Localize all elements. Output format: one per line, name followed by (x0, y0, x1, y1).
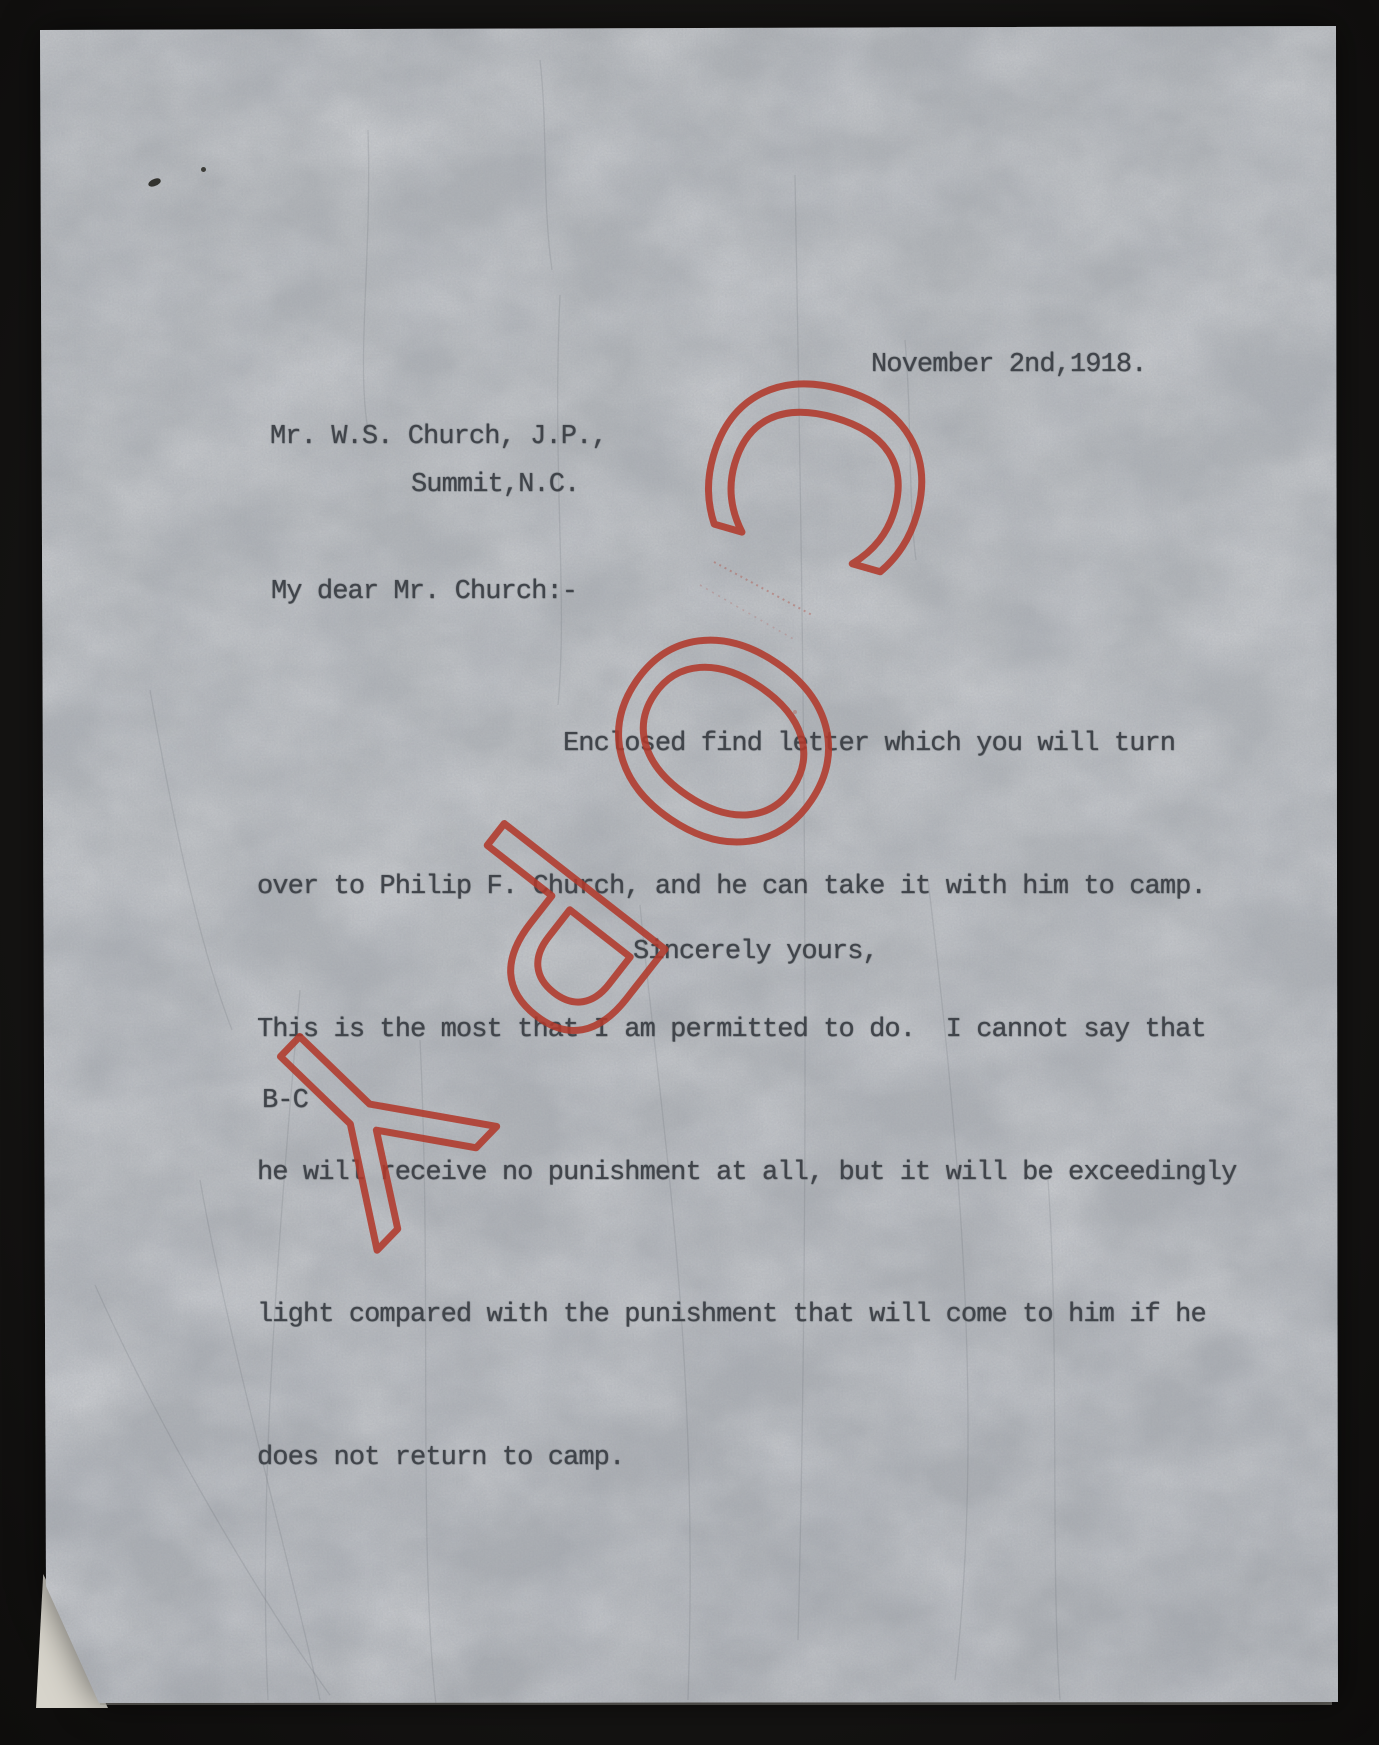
body-line: light compared with the punishment that … (257, 1292, 1236, 1340)
salutation: My dear Mr. Church:- (271, 577, 577, 607)
body-line: Enclosed find letter which you will turn (257, 721, 1236, 769)
body-line: over to Philip F. Church, and he can tak… (257, 864, 1236, 912)
scanned-letter-page: November 2nd,1918. Mr. W.S. Church, J.P.… (0, 0, 1379, 1745)
recipient-name: Mr. W.S. Church, J.P., (270, 422, 607, 452)
typist-initials: B-C (262, 1086, 308, 1116)
letter-body: Enclosed find letter which you will turn… (257, 626, 1236, 1578)
date-line: November 2nd,1918. (871, 350, 1146, 380)
body-line: This is the most that I am permitted to … (257, 1007, 1236, 1055)
recipient-address: Summit,N.C. (411, 470, 579, 500)
body-line: does not return to camp. (257, 1435, 1236, 1483)
closing: Sincerely yours, (633, 937, 878, 967)
body-line: he will receive no punishment at all, bu… (257, 1150, 1236, 1198)
ink-speck (201, 167, 206, 172)
